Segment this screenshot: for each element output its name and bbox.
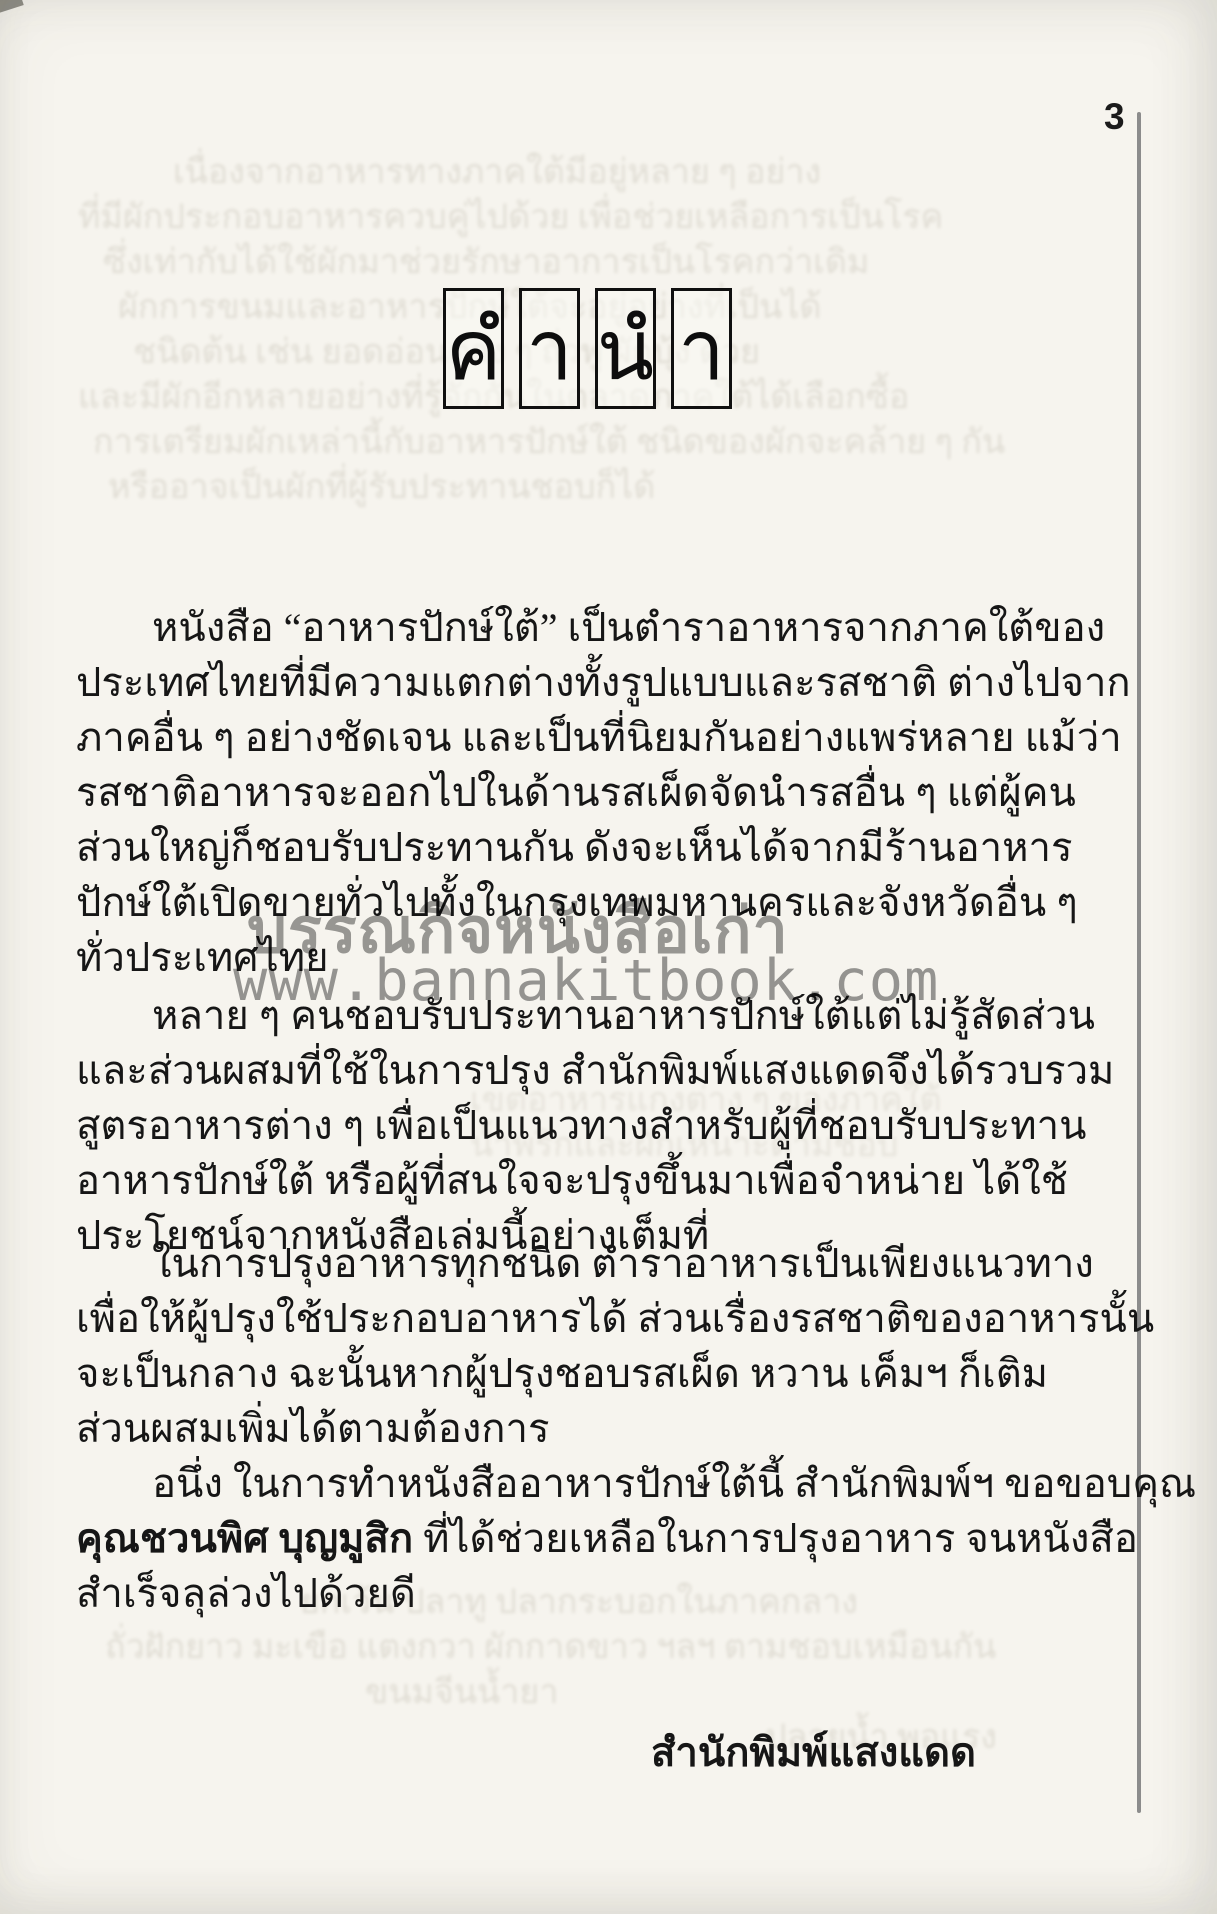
bleed-through-line: ถั่วฝักยาว มะเขือ แตงกวา ผักกาดขาว ฯลฯ ต… <box>105 1625 997 1670</box>
title-letter: า <box>678 298 725 406</box>
body-line: สำเร็จลุล่วงไปด้วยดี <box>76 1566 976 1621</box>
page-number: 3 <box>1104 96 1125 138</box>
title-letter-box: คํ <box>443 288 504 409</box>
body-line: สูตรอาหารต่าง ๆ เพื่อเป็นแนวทางสำหรับผู้… <box>76 1098 976 1153</box>
title-letter: นํ <box>597 298 654 406</box>
body-line: ประเทศไทยที่มีความแตกต่างทั้งรูปแบบและรส… <box>76 655 976 710</box>
body-line: จะเป็นกลาง ฉะนั้นหากผู้ปรุงชอบรสเผ็ด หวา… <box>76 1346 976 1401</box>
body-line: คุณชวนพิศ บุญมูสิก ที่ได้ช่วยเหลือในการป… <box>76 1511 976 1566</box>
body-line: หนังสือ “อาหารปักษ์ใต้” เป็นตำราอาหารจาก… <box>76 600 976 655</box>
paragraph-2: หลาย ๆ คนชอบรับประทานอาหารปักษ์ใต้แต่ไม่… <box>76 988 976 1263</box>
bleed-through-line: เนื่องจากอาหารทางภาคใต้มีอยู่หลาย ๆ อย่า… <box>78 150 1005 195</box>
body-line: อนึ่ง ในการทำหนังสืออาหารปักษ์ใต้นี้ สำน… <box>76 1456 976 1511</box>
watermark-url-text: www.bannakitbook.com <box>233 948 939 1014</box>
title-letter-box: นํ <box>595 288 656 409</box>
body-line: ส่วนผสมเพิ่มได้ตามต้องการ <box>76 1401 976 1456</box>
scanned-page: เนื่องจากอาหารทางภาคใต้มีอยู่หลาย ๆ อย่า… <box>0 0 1217 1914</box>
acknowledged-name: คุณชวนพิศ บุญมูสิก <box>76 1516 413 1561</box>
body-line: ส่วนใหญ่ก็ชอบรับประทานกัน ดังจะเห็นได้จา… <box>76 820 976 875</box>
body-line: เพื่อให้ผู้ปรุงใช้ประกอบอาหารได้ ส่วนเรื… <box>76 1291 976 1346</box>
bleed-through-line: หรืออาจเป็นผักที่ผู้รับประทานชอบก็ได้ <box>78 465 1005 510</box>
title-letter-box: า <box>519 288 580 409</box>
paragraph-3: ในการปรุงอาหารทุกชนิด ตำราอาหารเป็นเพียง… <box>76 1236 976 1456</box>
preface-title: คํ า นํ า <box>443 288 732 409</box>
body-line: ภาคอื่น ๆ อย่างชัดเจน และเป็นที่นิยมกันอ… <box>76 710 976 765</box>
title-letter-box: า <box>671 288 732 409</box>
paragraph-4: อนึ่ง ในการทำหนังสืออาหารปักษ์ใต้นี้ สำน… <box>76 1456 976 1621</box>
body-line: อาหารปักษ์ใต้ หรือผู้ที่สนใจจะปรุงขึ้นมา… <box>76 1153 976 1208</box>
publisher-signature: สำนักพิมพ์แสงแดด <box>76 1720 976 1784</box>
title-letter: คํ <box>445 298 501 406</box>
body-line: และส่วนผสมที่ใช้ในการปรุง สำนักพิมพ์แสงแ… <box>76 1043 976 1098</box>
bleed-through-line: การเตรียมผักเหล่านี้กับอาหารปักษ์ใต้ ชนิ… <box>78 420 1005 465</box>
body-line: รสชาติอาหารจะออกไปในด้านรสเผ็ดจัดนำรสอื่… <box>76 765 976 820</box>
body-line: ในการปรุงอาหารทุกชนิด ตำราอาหารเป็นเพียง… <box>76 1236 976 1291</box>
bleed-through-line: ขนมจีนน้ำยา <box>105 1670 997 1715</box>
body-line-rest: ที่ได้ช่วยเหลือในการปรุงอาหาร จนหนังสือ <box>413 1516 1138 1561</box>
title-letter: า <box>526 298 573 406</box>
bleed-through-line: ที่มีผักประกอบอาหารควบคู่ไปด้วย เพื่อช่ว… <box>78 195 1005 240</box>
scan-corner-mark <box>0 0 24 14</box>
bleed-through-line: ซึ่งเท่ากับได้ใช้ผักมาช่วยรักษาอาการเป็น… <box>78 240 1005 285</box>
